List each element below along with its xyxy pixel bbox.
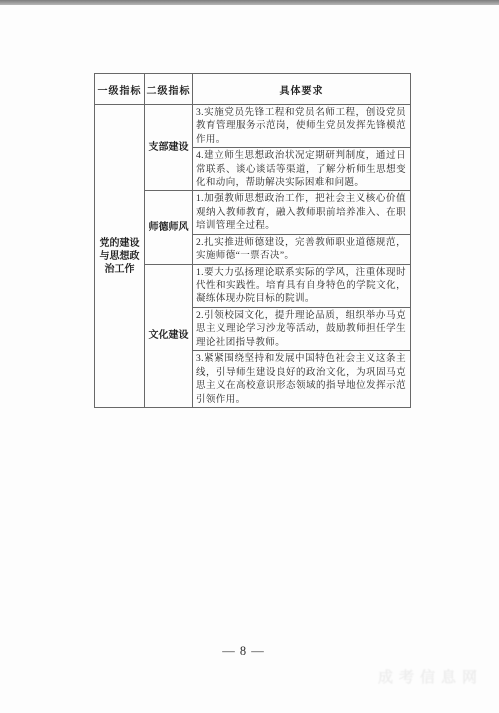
level2-cell-culture-building: 文化建设: [145, 264, 193, 407]
header-level1: 一级指标: [95, 74, 145, 105]
level2-cell-teacher-ethics: 师德师风: [145, 191, 193, 264]
table-row: 党的建设与思想政治工作 支部建设 3.实施党员先锋工程和党员名师工程，创设党员教…: [95, 105, 411, 148]
requirement-cell: 1.加强教师思想政治工作，把社会主义核心价值观纳入教师教育，融入教师职前培养准入…: [193, 191, 411, 234]
requirement-cell: 3.实施党员先锋工程和党员名师工程，创设党员教育管理服务示范岗，使师生党员发挥先…: [193, 105, 411, 148]
requirement-cell: 2.引领校园文化，提升理论品质，组织举办马克思主义理论学习沙龙等活动，鼓励教师担…: [193, 307, 411, 350]
requirement-cell: 4.建立师生思想政治状况定期研判制度，通过日常联系、谈心谈话等渠道，了解分析师生…: [193, 148, 411, 191]
page-number: — 8 —: [0, 644, 487, 659]
requirement-cell: 1.要大力弘扬理论联系实际的学风，注重体现时代性和实践性。培育具有自身特色的学院…: [193, 264, 411, 307]
watermark: 成考信息网: [378, 666, 483, 687]
table-header-row: 一级指标 二级指标 具体要求: [95, 74, 411, 105]
indicator-table-wrap: 一级指标 二级指标 具体要求 党的建设与思想政治工作 支部建设 3.实施党员先锋…: [94, 73, 411, 408]
indicator-table: 一级指标 二级指标 具体要求 党的建设与思想政治工作 支部建设 3.实施党员先锋…: [94, 73, 411, 408]
level1-cell: 党的建设与思想政治工作: [95, 105, 145, 408]
level2-cell-branch-building: 支部建设: [145, 105, 193, 191]
requirement-cell: 2.扎实推进师德建设，完善教师职业道德规范，实施师德“一票否决”。: [193, 234, 411, 264]
scan-edge-bar: [0, 0, 499, 5]
header-requirements: 具体要求: [193, 74, 411, 105]
requirement-cell: 3.紧紧围绕坚持和发展中国特色社会主义这条主线，引导师生建设良好的政治文化，为巩…: [193, 351, 411, 408]
header-level2: 二级指标: [145, 74, 193, 105]
